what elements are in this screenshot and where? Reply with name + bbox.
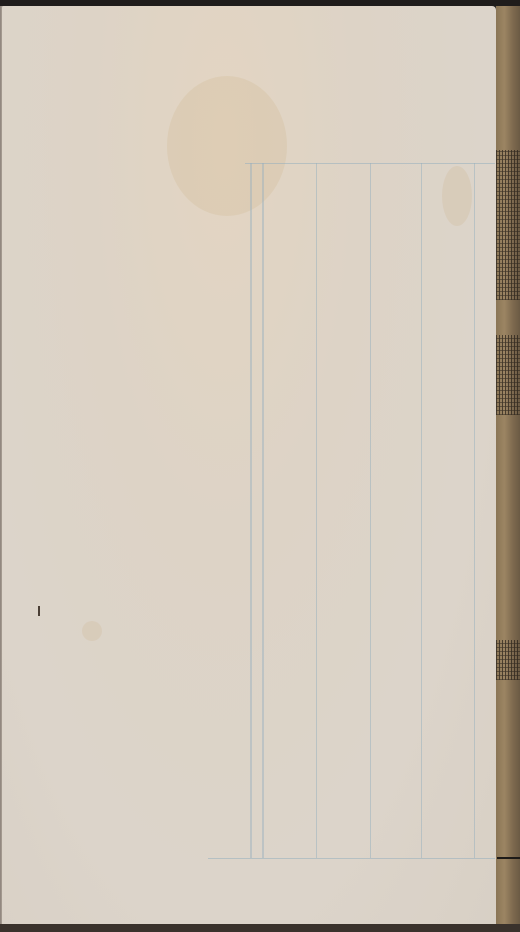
column-rule	[370, 163, 371, 858]
scan-bottom-border	[0, 924, 520, 932]
paper-stain	[442, 166, 472, 226]
paper-spot	[82, 621, 102, 641]
book-fore-edge	[496, 6, 520, 926]
paper-stain	[167, 76, 287, 216]
fore-edge-ink-mark	[496, 335, 520, 415]
fore-edge-ink-mark	[497, 857, 520, 859]
paper-mark	[38, 606, 40, 616]
column-rule	[421, 163, 422, 858]
fore-edge-ink-mark	[496, 640, 520, 680]
column-rule	[250, 163, 252, 858]
column-rule	[316, 163, 317, 858]
fore-edge-ink-mark	[496, 150, 520, 300]
bottom-rule	[208, 858, 495, 859]
column-rule	[262, 163, 264, 858]
column-rule	[474, 163, 475, 858]
